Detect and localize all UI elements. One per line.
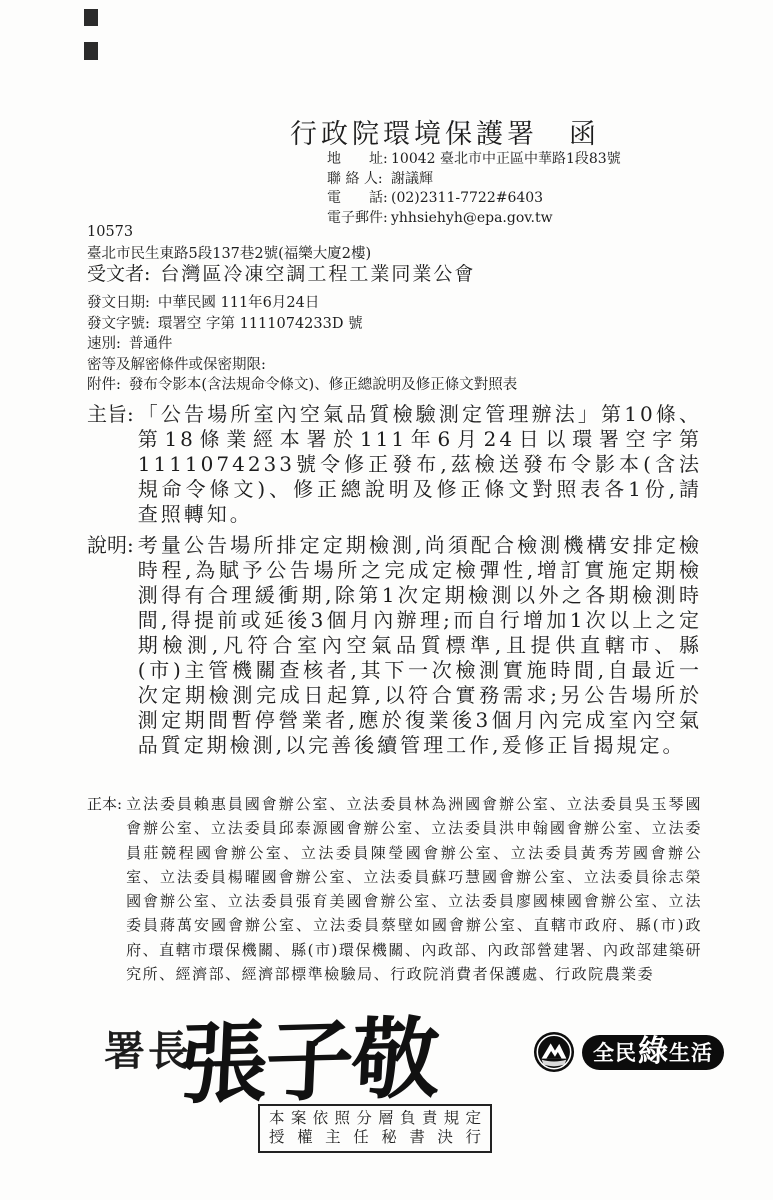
original-copies-section: 正本: 立法委員賴惠員國會辦公室、立法委員林為洲國會辦公室、立法委員吳玉琴國會辦… [87, 792, 702, 986]
original-copies-text: 立法委員賴惠員國會辦公室、立法委員林為洲國會辦公室、立法委員吳玉琴國會辦公室、立… [126, 792, 702, 986]
green-life-pill: 全民 綠 生活 [582, 1035, 724, 1070]
speed-class-row: 速別: 普通件 [87, 334, 517, 355]
delegation-line-1: 本案依照分層負責規定 [269, 1109, 481, 1128]
subject-label: 主旨: [87, 402, 134, 427]
subject-section: 主旨: 「公告場所室內空氣品質檢驗測定管理辦法」第10條、第18條業經本署於11… [87, 402, 702, 527]
email-row: 電子郵件: yhhsiehyh@epa.gov.tw [327, 209, 621, 229]
delegation-box: 本案依照分層負責規定 授權主任秘書決行 [258, 1104, 492, 1153]
epa-mountain-icon [533, 1031, 575, 1073]
sender-address-value: 10042 臺北市中正區中華路1段83號 [391, 150, 621, 170]
attachment-label: 附件: [87, 375, 121, 396]
email-value: yhhsiehyh@epa.gov.tw [391, 209, 553, 229]
attachment-row: 附件: 發布令影本(含法規命令條文)、修正總說明及修正條文對照表 [87, 375, 517, 396]
speed-class-label: 速別: [87, 334, 121, 355]
letter-title: 行政院環境保護署 函 [290, 112, 600, 151]
explanation-label: 說明: [87, 533, 134, 558]
sender-address-label: 地 址: [327, 150, 391, 170]
logo-text-prefix: 全民 [593, 1037, 637, 1067]
speed-class-value: 普通件 [129, 334, 173, 355]
green-life-campaign-logo: 全民 綠 生活 [533, 1031, 724, 1073]
email-label: 電子郵件: [327, 209, 391, 229]
explanation-text: 考量公告場所排定定期檢測,尚須配合檢測機構安排定檢時程,為賦予公告場所之完成定檢… [138, 533, 702, 758]
subject-text: 「公告場所室內空氣品質檢驗測定管理辦法」第10條、第18條業經本署於111年6月… [138, 402, 702, 527]
phone-row: 電 話: (02)2311-7722#6403 [327, 189, 621, 209]
scan-artifact-mark-top [84, 9, 98, 26]
contact-person-row: 聯 絡 人: 謝議輝 [327, 170, 621, 190]
security-class-row: 密等及解密條件或保密期限: [87, 355, 517, 376]
document-meta-block: 發文日期: 中華民國 111年6月24日 發文字號: 環署空 字第 111107… [87, 293, 517, 396]
recipient-label: 受文者: [87, 263, 150, 285]
scan-artifact-mark-bottom [84, 42, 98, 60]
delegation-line-2: 授權主任秘書決行 [269, 1128, 481, 1147]
doc-number-row: 發文字號: 環署空 字第 1111074233D 號 [87, 314, 517, 335]
scanned-letter-page: 行政院環境保護署 函 地 址: 10042 臺北市中正區中華路1段83號 聯 絡… [0, 0, 773, 1200]
doc-number-label: 發文字號: [87, 314, 150, 335]
attachment-value: 發布令影本(含法規命令條文)、修正總說明及修正條文對照表 [129, 375, 517, 396]
original-copies-label: 正本: [87, 792, 122, 816]
recipient-name: 台灣區冷凍空調工程工業同業公會 [160, 263, 475, 285]
issue-date-row: 發文日期: 中華民國 111年6月24日 [87, 293, 517, 314]
contact-person-label: 聯 絡 人: [327, 170, 391, 190]
sender-contact-block: 地 址: 10042 臺北市中正區中華路1段83號 聯 絡 人: 謝議輝 電 話… [327, 150, 621, 228]
contact-person-value: 謝議輝 [391, 170, 433, 190]
signature-calligraphy: 張子敬 [177, 989, 440, 1122]
logo-text-green: 綠 [638, 1037, 668, 1067]
recipient-row: 受文者:台灣區冷凍空調工程工業同業公會 [87, 259, 475, 286]
doc-code: 10573 [87, 224, 133, 240]
security-class-label: 密等及解密條件或保密期限: [87, 355, 266, 376]
doc-number-value: 環署空 字第 1111074233D 號 [158, 314, 363, 335]
logo-text-suffix: 生活 [669, 1037, 713, 1067]
issue-date-label: 發文日期: [87, 293, 150, 314]
sender-address-row: 地 址: 10042 臺北市中正區中華路1段83號 [327, 150, 621, 170]
explanation-section: 說明: 考量公告場所排定定期檢測,尚須配合檢測機構安排定檢時程,為賦予公告場所之… [87, 533, 702, 758]
issue-date-value: 中華民國 111年6月24日 [158, 293, 319, 314]
phone-value: (02)2311-7722#6403 [391, 189, 543, 209]
phone-label: 電 話: [327, 189, 391, 209]
